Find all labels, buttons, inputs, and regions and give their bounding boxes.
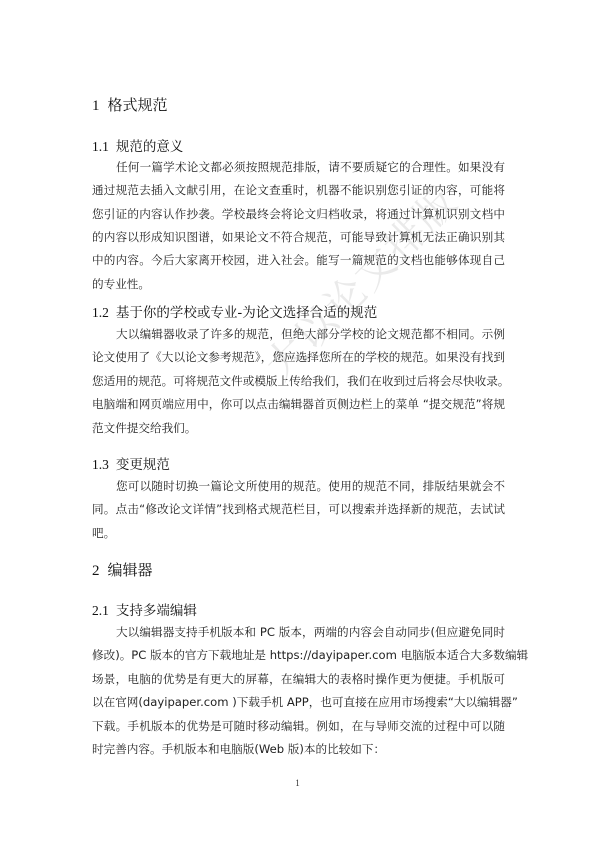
paragraph-line: 以在官网(dayipaper.com )下载手机 APP，也可直接在应用市场搜索…	[92, 694, 505, 710]
section-title: 编辑器	[108, 561, 153, 579]
subsection-title: 变更规范	[116, 457, 170, 473]
section-number: 2	[92, 563, 100, 579]
document-page: 大以论文排版 1格式规范 1.1规范的意义 任何一篇学术论文都必须按照规范排版，…	[0, 0, 595, 842]
section-title: 格式规范	[108, 96, 168, 114]
paragraph-line: 任何一篇学术论文都必须按照规范排版，请不要质疑它的合理性。如果没有	[116, 159, 505, 175]
paragraph-line: 通过规范去插入文献引用，在论文查重时，机器不能识别您引证的内容，可能将	[92, 182, 505, 198]
page-number: 1	[0, 778, 595, 788]
paragraph-line: 您适用的规范。可将规范文件或模版上传给我们，我们在收到过后将会尽快收录。	[92, 373, 505, 389]
section-heading-1: 1格式规范	[92, 94, 168, 115]
paragraph-line: 论文使用了《大以论文参考规范》，您应选择您所在的学校的规范。如果没有找到	[92, 349, 505, 365]
paragraph-line: 吧。	[92, 525, 505, 541]
subsection-title: 支持多端编辑	[116, 603, 197, 619]
subsection-heading-1-1: 1.1规范的意义	[92, 135, 183, 155]
paragraph-line: 场景，电脑的优势是有更大的屏幕，在编辑大的表格时操作更为便捷。手机版可	[92, 671, 505, 687]
subsection-heading-1-2: 1.2基于你的学校或专业-为论文选择合适的规范	[92, 301, 377, 321]
paragraph-line: 的专业性。	[92, 276, 505, 292]
subsection-number: 1.1	[92, 139, 109, 154]
paragraph-line: 时完善内容。手机版本和电脑版(Web 版)本的比较如下：	[92, 741, 505, 757]
paragraph-line: 大以编辑器收录了许多的规范，但绝大部分学校的论文规范都不相同。示例	[116, 326, 505, 342]
subsection-heading-2-1: 2.1支持多端编辑	[92, 599, 197, 619]
paragraph-line: 您可以随时切换一篇论文所使用的规范。使用的规范不同，排版结果就会不	[116, 478, 505, 494]
subsection-title: 规范的意义	[116, 139, 184, 155]
subsection-heading-1-3: 1.3变更规范	[92, 453, 170, 473]
paragraph-line: 范文件提交给我们。	[92, 420, 505, 436]
paragraph-line: 您引证的内容认作抄袭。学校最终会将论文归档收录，将通过计算机识别文档中	[92, 206, 505, 222]
paragraph-line: 中的内容。今后大家离开校园，进入社会。能写一篇规范的文档也能够体现自己	[92, 252, 505, 268]
section-heading-2: 2编辑器	[92, 559, 153, 580]
subsection-number: 1.2	[92, 305, 109, 320]
paragraph-line: 的内容以形成知识图谱，如果论文不符合规范，可能导致计算机无法正确识别其	[92, 229, 505, 245]
paragraph-line: 电脑端和网页端应用中，你可以点击编辑器首页侧边栏上的菜单 “提交规范”将规	[92, 396, 505, 412]
paragraph-line: 修改)。PC 版本的官方下载地址是 https://dayipaper.com …	[92, 647, 505, 663]
subsection-number: 2.1	[92, 603, 109, 618]
section-number: 1	[92, 98, 100, 114]
paragraph-line: 下载。手机版本的优势是可随时移动编辑。例如，在与导师交流的过程中可以随	[92, 718, 505, 734]
paragraph-line: 同。点击“修改论文详情”找到格式规范栏目，可以搜索并选择新的规范，去试试	[92, 501, 505, 517]
subsection-title: 基于你的学校或专业-为论文选择合适的规范	[116, 305, 377, 321]
subsection-number: 1.3	[92, 457, 109, 472]
paragraph-line: 大以编辑器支持手机版本和 PC 版本，两端的内容会自动同步(但应避免同时	[116, 624, 505, 640]
